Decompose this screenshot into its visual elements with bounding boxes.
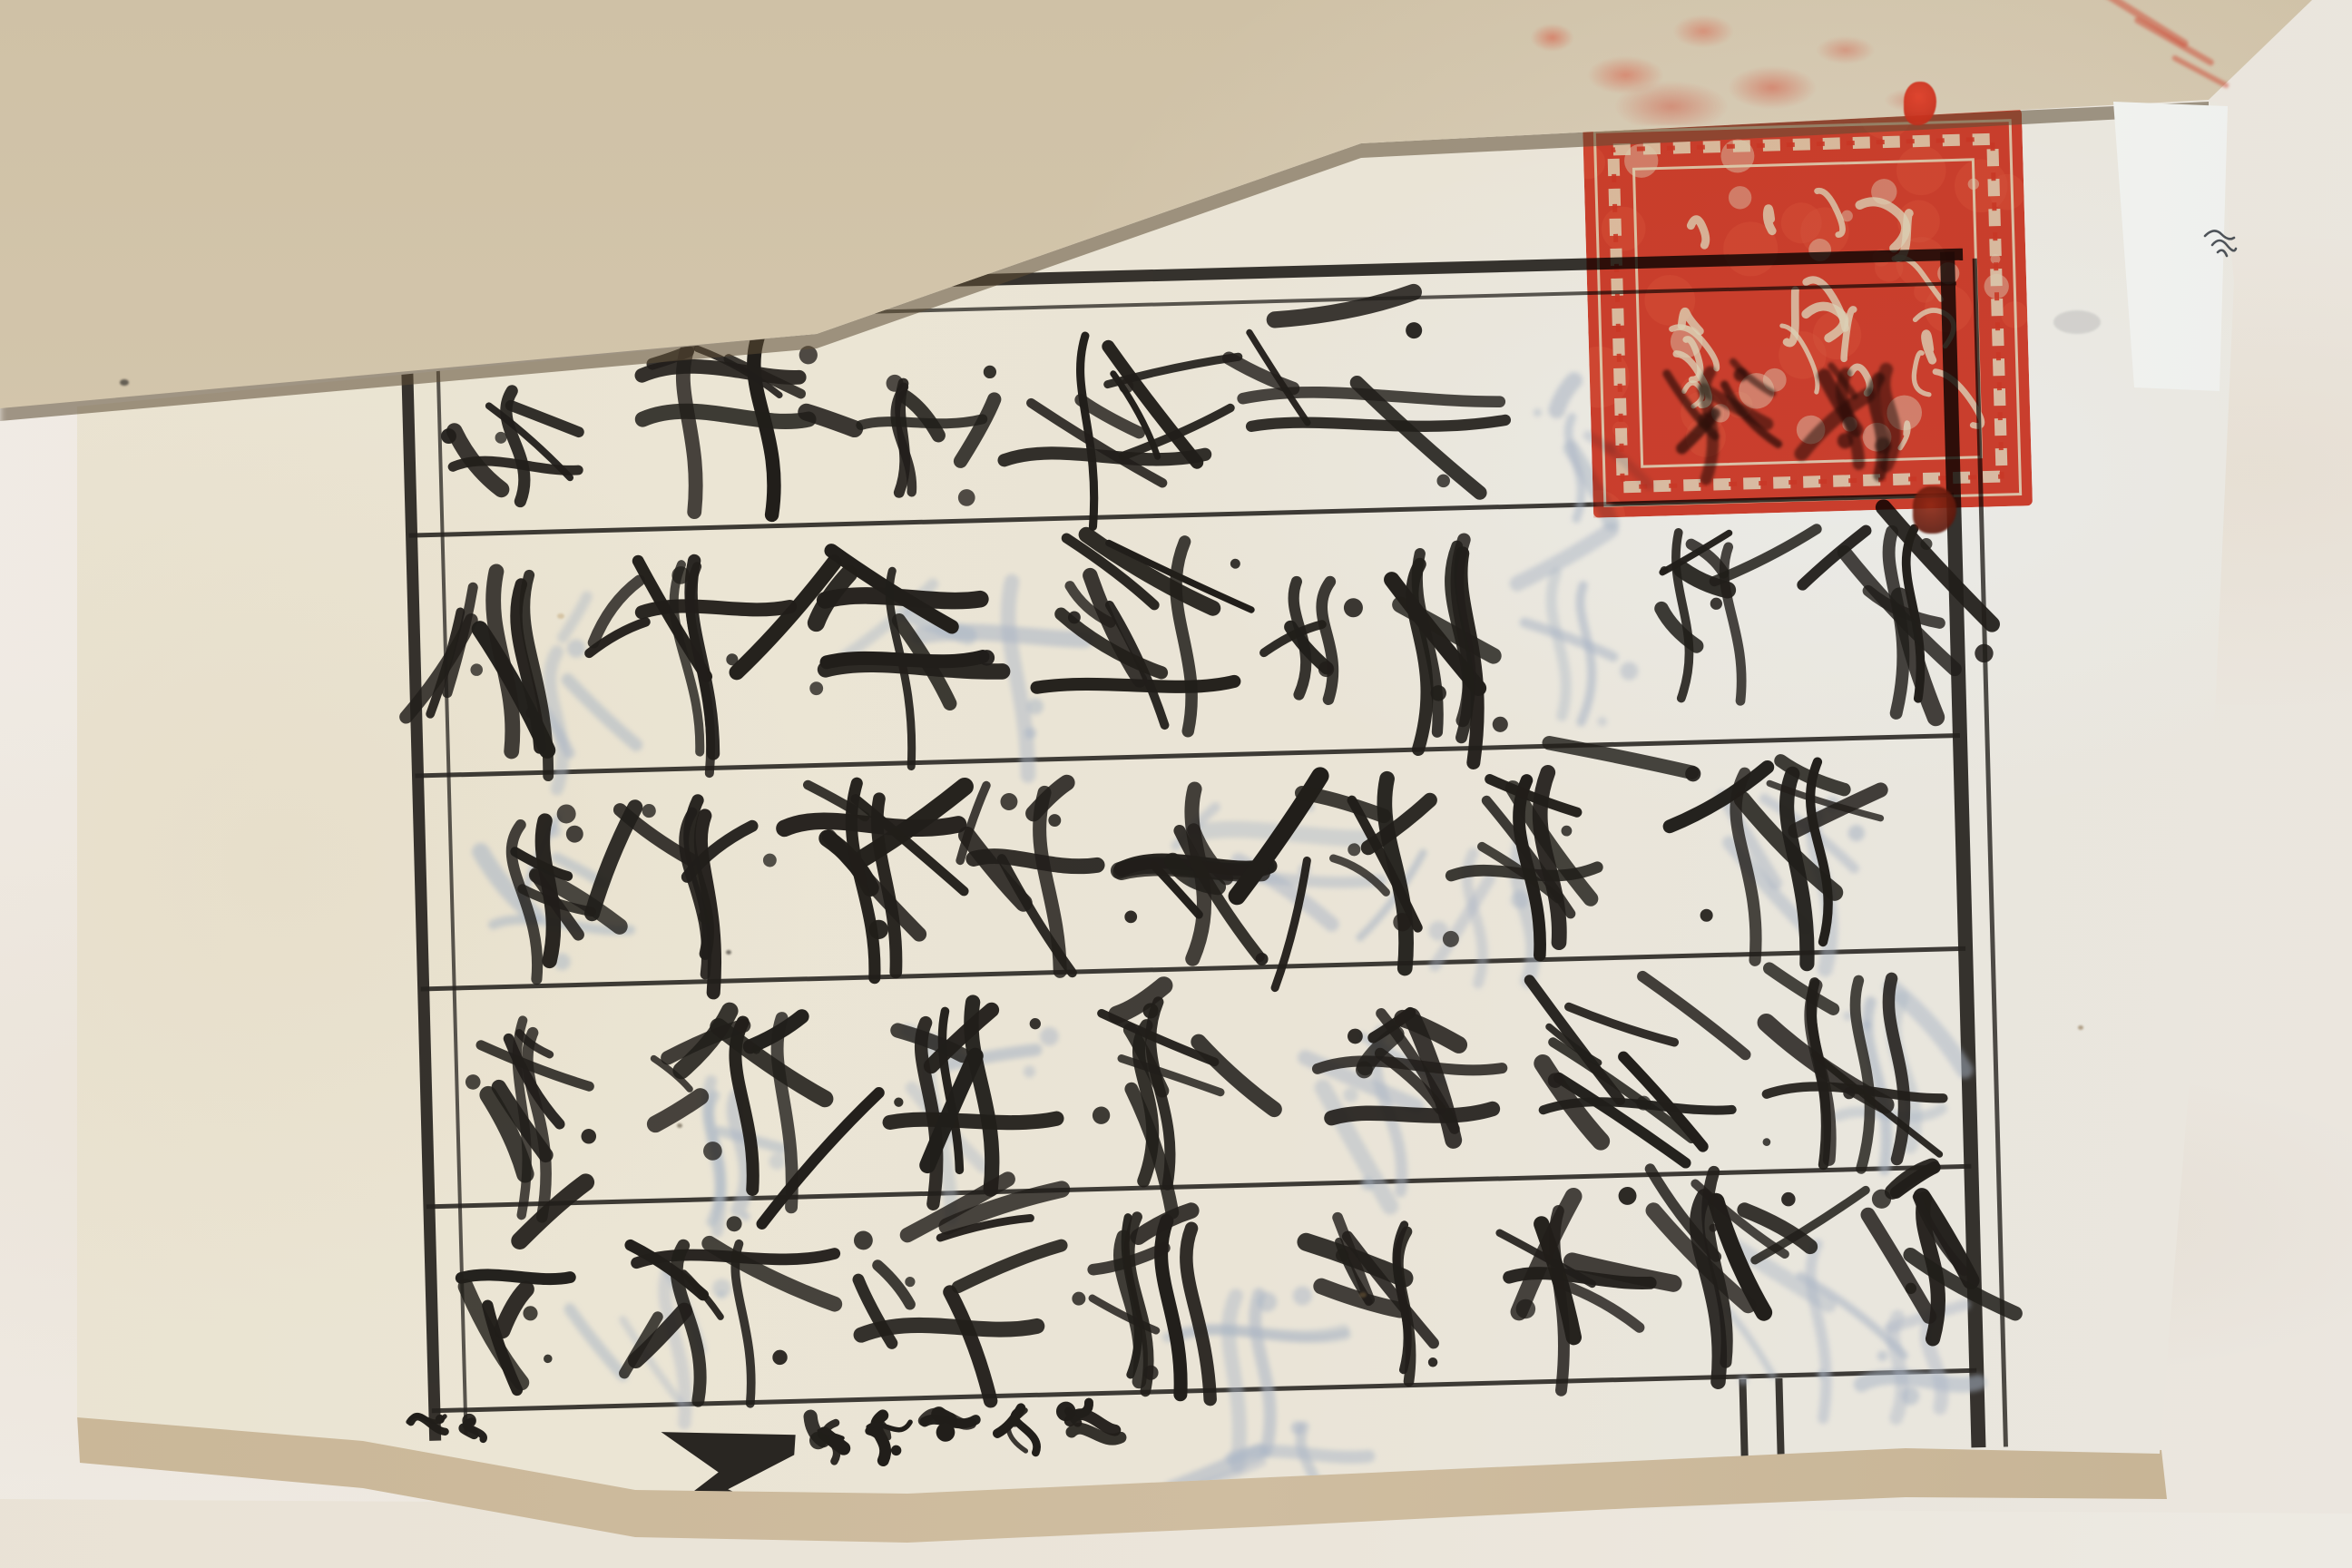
- red-seal-stamp: [1583, 108, 2033, 517]
- ink-scribble-on-slip: [2200, 221, 2241, 269]
- seal-ink-transfer-smudge: [1497, 0, 1955, 125]
- photo-of-antique-book-page: Title column ~ 悔齋文集第(卷之…) with red seal …: [0, 0, 2352, 1568]
